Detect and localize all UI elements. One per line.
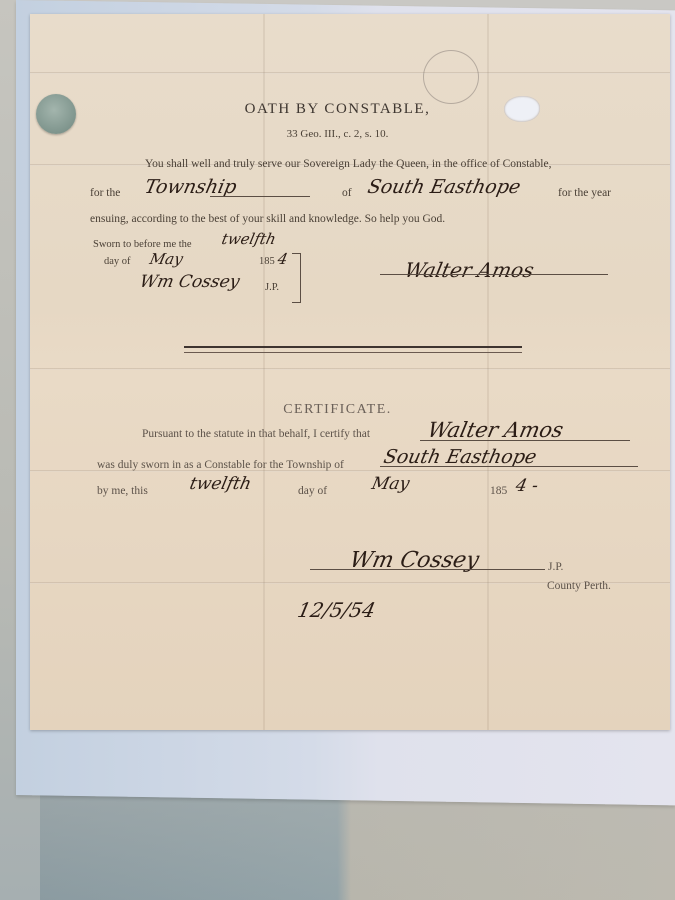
handwritten-justice-signature: Wm Cossey [138, 272, 242, 292]
oath-jp-label: J.P. [265, 282, 279, 293]
fold-crease-main [30, 368, 670, 370]
signature-line [310, 569, 545, 570]
certificate-jp-label: J.P. [548, 561, 563, 573]
fold-crease-vertical [263, 14, 265, 730]
handwritten-cert-day: twelfth [188, 474, 253, 494]
handwritten-place: South Easthope [366, 176, 523, 198]
certificate-line-3-mid: day of [298, 485, 327, 497]
signature-line [380, 274, 608, 275]
document-paper [30, 14, 670, 730]
handwritten-date-note: 12/5/54 [295, 598, 377, 622]
oath-line-2-prefix: for the [90, 187, 120, 199]
handwritten-cert-month: May [370, 474, 411, 494]
certificate-title: CERTIFICATE. [0, 402, 675, 418]
certificate-year-prefix: 185 [490, 485, 507, 497]
sworn-prefix: Sworn to before me the [93, 239, 192, 250]
certificate-line-2: was duly sworn in as a Constable for the… [97, 459, 344, 471]
sworn-day-of: day of [104, 256, 131, 267]
oath-line-1: You shall well and truly serve our Sover… [145, 158, 551, 170]
oath-line-2-suffix: for the year [558, 187, 611, 199]
sworn-year-prefix: 185 [259, 256, 275, 267]
oath-title: OATH BY CONSTABLE, [0, 101, 675, 118]
handwritten-sworn-day: twelfth [220, 230, 278, 248]
fill-line [380, 466, 638, 467]
fold-crease [30, 72, 670, 74]
handwritten-township: South Easthope [382, 446, 539, 468]
oath-statute: 33 Geo. III., c. 2, s. 10. [0, 128, 675, 140]
postmark-stamp [423, 50, 479, 104]
certificate-county-label: County Perth. [547, 580, 611, 592]
certificate-line-3-prefix: by me, this [97, 485, 148, 497]
handwritten-constable-signature: Walter Amos [402, 258, 536, 282]
fill-line [420, 440, 630, 441]
oath-line-3: ensuing, according to the best of your s… [90, 213, 445, 225]
handwritten-jurisdiction-type: Township [143, 176, 239, 198]
handwritten-sworn-month: May [148, 250, 185, 268]
bracket [292, 253, 301, 303]
certificate-line-1: Pursuant to the statute in that behalf, … [142, 428, 370, 440]
fold-crease-vertical [487, 14, 489, 730]
handwritten-cert-year: 4 - [514, 476, 540, 496]
fill-line [210, 196, 310, 197]
handwritten-constable-name: Walter Amos [425, 418, 565, 442]
oath-line-2-mid: of [342, 187, 352, 199]
section-divider [184, 346, 522, 353]
